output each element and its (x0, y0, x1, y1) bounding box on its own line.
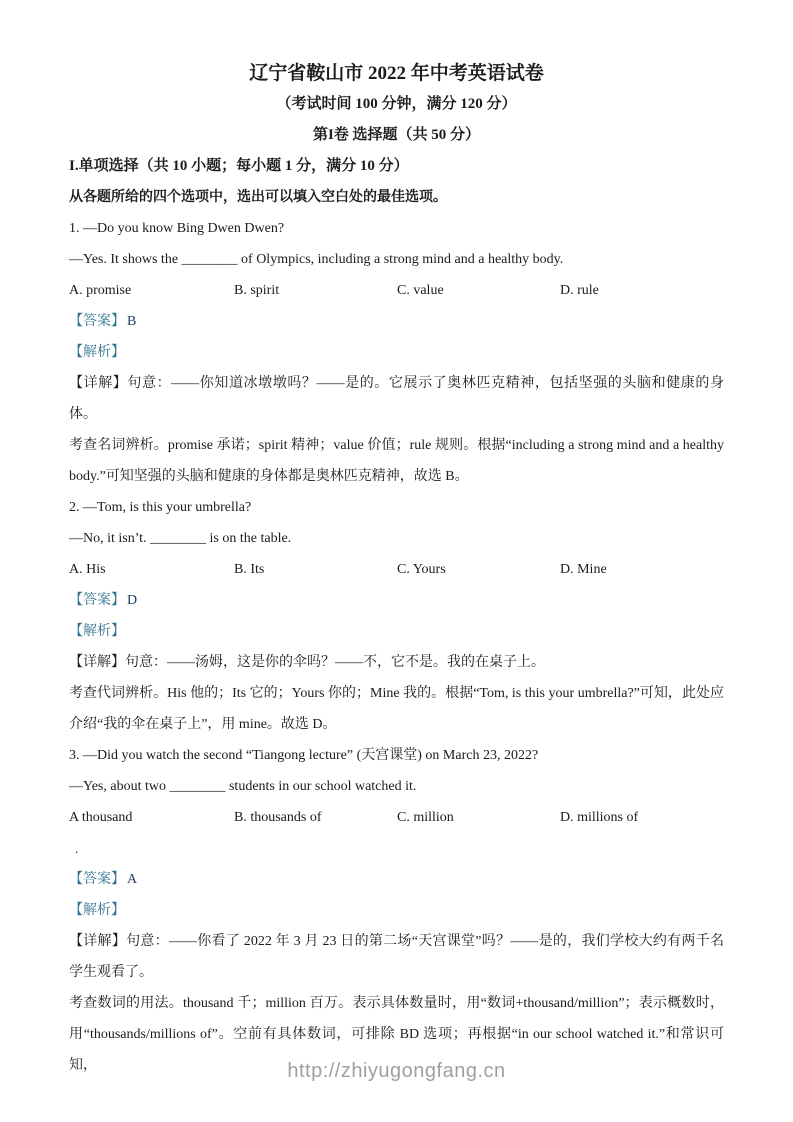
question-line: —Yes, about two ________ students in our… (69, 771, 724, 802)
option-b: B. spirit (234, 275, 397, 306)
answer-label: 【答案】 (69, 593, 125, 608)
answer-letter: B (125, 314, 136, 329)
option-a: A thousand (69, 802, 234, 833)
part-heading: 第I卷 选择题（共 50 分） (69, 120, 724, 151)
option-c: C. million (397, 802, 560, 833)
question-line: —No, it isn’t. ________ is on the table. (69, 523, 724, 554)
analysis-label: 【解析】 (69, 903, 125, 918)
option-b: B. Its (234, 554, 397, 585)
answer-line: 【答案】B (69, 306, 724, 337)
detail-paragraph: 【详解】句意：——汤姆，这是你的伞吗？——不，它不是。我的在桌子上。 (69, 647, 724, 678)
option-c: C. Yours (397, 554, 560, 585)
page-title: 辽宁省鞍山市 2022 年中考英语试卷 (69, 58, 724, 89)
detail-paragraph: 考查代词辨析。His 他的；Its 它的；Yours 你的；Mine 我的。根据… (69, 678, 724, 740)
answer-letter: D (125, 593, 137, 608)
analysis-label: 【解析】 (69, 624, 125, 639)
detail-paragraph: 考查名词辨析。promise 承诺；spirit 精神；value 价值；rul… (69, 430, 724, 492)
options-row: A. His B. Its C. Yours D. Mine (69, 554, 724, 585)
option-c: C. value (397, 275, 560, 306)
question-line: 2. —Tom, is this your umbrella? (69, 492, 724, 523)
detail-paragraph: 【详解】句意：——你看了 2022 年 3 月 23 日的第二场“天宫课堂”吗？… (69, 926, 724, 988)
option-d: D. millions of (560, 802, 724, 833)
question-line: 3. —Did you watch the second “Tiangong l… (69, 740, 724, 771)
answer-line: 【答案】D (69, 585, 724, 616)
question-line: —Yes. It shows the ________ of Olympics,… (69, 244, 724, 275)
option-b: B. thousands of (234, 802, 397, 833)
option-d: D. Mine (560, 554, 724, 585)
analysis-line: 【解析】 (69, 895, 724, 926)
section-instruction: 从各题所给的四个选项中，选出可以填入空白处的最佳选项。 (69, 182, 724, 213)
question-block-3: 3. —Did you watch the second “Tiangong l… (69, 740, 724, 1081)
analysis-line: 【解析】 (69, 337, 724, 368)
question-block-2: 2. —Tom, is this your umbrella? —No, it … (69, 492, 724, 740)
section-heading: I.单项选择（共 10 小题；每小题 1 分，满分 10 分） (69, 151, 724, 182)
watermark-url: http://zhiyugongfang.cn (0, 1060, 793, 1083)
stray-period-mark: . (69, 833, 724, 864)
analysis-label: 【解析】 (69, 345, 125, 360)
analysis-line: 【解析】 (69, 616, 724, 647)
answer-letter: A (125, 872, 137, 887)
answer-label: 【答案】 (69, 314, 125, 329)
question-block-1: 1. —Do you know Bing Dwen Dwen? —Yes. It… (69, 213, 724, 492)
options-row: A. promise B. spirit C. value D. rule (69, 275, 724, 306)
option-a: A. His (69, 554, 234, 585)
question-line: 1. —Do you know Bing Dwen Dwen? (69, 213, 724, 244)
exam-paper-page: 辽宁省鞍山市 2022 年中考英语试卷 （考试时间 100 分钟，满分 120 … (0, 0, 793, 1122)
exam-info: （考试时间 100 分钟，满分 120 分） (69, 89, 724, 120)
option-d: D. rule (560, 275, 724, 306)
answer-line: 【答案】A (69, 864, 724, 895)
options-row: A thousand B. thousands of C. million D.… (69, 802, 724, 833)
detail-paragraph: 【详解】句意：——你知道冰墩墩吗？——是的。它展示了奥林匹克精神，包括坚强的头脑… (69, 368, 724, 430)
answer-label: 【答案】 (69, 872, 125, 887)
option-a: A. promise (69, 275, 234, 306)
